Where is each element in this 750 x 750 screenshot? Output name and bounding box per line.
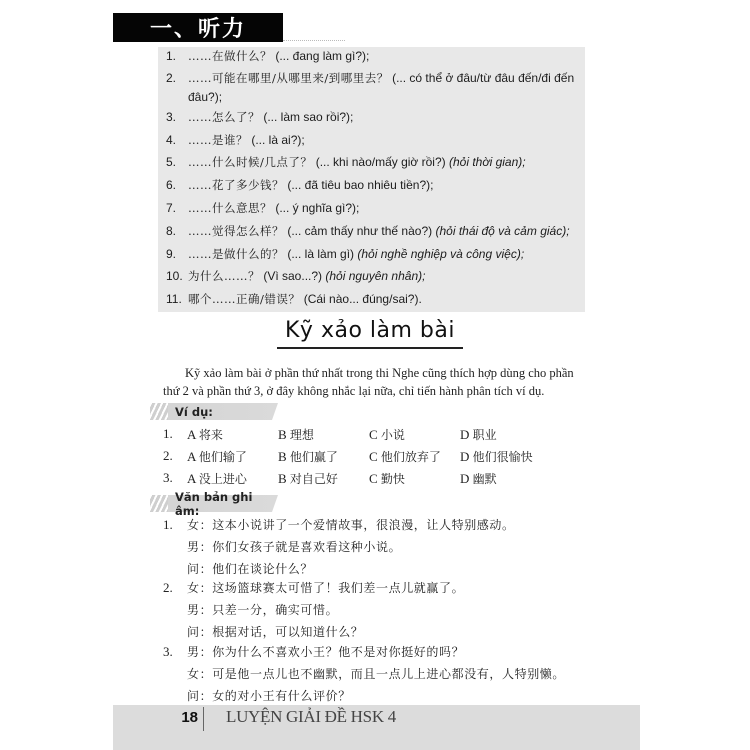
transcript-banner: Văn bản ghi âm: (150, 495, 278, 512)
pattern-item: 9. ……是做什么的？ (... là làm gì) (hỏi nghề ng… (166, 245, 576, 264)
example-banner: Ví dụ: (150, 403, 278, 420)
pattern-note: (hỏi thái độ và cảm giác); (435, 224, 569, 238)
item-number: 2. (163, 448, 187, 468)
pattern-item: 1. ……在做什么？ (... đang làm gì?); (166, 47, 576, 66)
pattern-vietnamese: (... ý nghĩa gì?); (275, 201, 359, 215)
pattern-note: (hỏi nguyên nhân); (325, 269, 425, 283)
pattern-vietnamese: (... đang làm gì?); (275, 49, 369, 63)
item-number: 3. (163, 641, 187, 663)
pattern-vietnamese: (Vì sao...?) (263, 269, 322, 283)
item-number: 4. (166, 131, 188, 150)
pattern-item: 3. ……怎么了？ (... làm sao rồi?); (166, 108, 576, 127)
dialogue: 1.女：这本小说讲了一个爱情故事，很浪漫，让人特别感动。 男：你们女孩子就是喜欢… (163, 514, 603, 580)
section-title: 一、听力 (150, 12, 246, 43)
option-b: B 他们赢了 (278, 448, 369, 468)
pattern-item: 6. ……花了多少钱？ (... đã tiêu bao nhiêu tiền?… (166, 176, 576, 195)
pattern-chinese: ……觉得怎么样？ (188, 224, 284, 238)
pattern-vietnamese: (Cái nào... đúng/sai?). (304, 292, 422, 306)
pattern-chinese: ……什么时候/几点了？ (188, 155, 312, 169)
dialogue-line: 女：可是他一点儿也不幽默，而且一点儿上进心都没有，人特别懒。 (187, 663, 565, 685)
pattern-vietnamese: (... đã tiêu bao nhiêu tiền?); (287, 178, 433, 192)
pattern-chinese: ……在做什么？ (188, 49, 272, 63)
item-number: 1. (166, 47, 188, 66)
item-number: 1. (163, 514, 187, 536)
page-number: 18 (176, 709, 198, 726)
item-number: 10. (166, 267, 188, 286)
pattern-chinese: ……什么意思？ (188, 201, 272, 215)
banner-stripes-decoration (150, 495, 168, 512)
book-title: LUYỆN GIẢI ĐỀ HSK 4 (226, 707, 396, 727)
item-number: 7. (166, 199, 188, 218)
section-header: 一、听力 (113, 13, 283, 42)
question-patterns-box: 1. ……在做什么？ (... đang làm gì?); 2. ……可能在哪… (158, 47, 585, 312)
dialogue-line: 女：这场篮球赛太可惜了！我们差一点儿就赢了。 (187, 577, 464, 599)
item-number: 3. (163, 470, 187, 490)
pattern-chinese: ……花了多少钱？ (188, 178, 284, 192)
dialogue: 2.女：这场篮球赛太可惜了！我们差一点儿就赢了。 男：只差一分，确实可惜。 问：… (163, 577, 603, 643)
pattern-vietnamese: (... là ai?); (251, 133, 304, 147)
item-number: 2. (166, 69, 188, 107)
pattern-chinese: 为什么……？ (188, 269, 260, 283)
pattern-item: 2. ……可能在哪里/从哪里来/到哪里去？ (... có thể ở đâu/… (166, 69, 576, 107)
item-number: 8. (166, 222, 188, 241)
pattern-item: 7. ……什么意思？ (... ý nghĩa gì?); (166, 199, 576, 218)
pattern-item: 4. ……是谁？ (... là ai?); (166, 131, 576, 150)
option-c: C 小说 (369, 426, 460, 446)
option-b: B 对自己好 (278, 470, 369, 490)
pattern-vietnamese: (... là làm gì) (287, 247, 354, 261)
pattern-chinese: ……怎么了？ (188, 110, 260, 124)
pattern-chinese: ……可能在哪里/从哪里来/到哪里去？ (188, 71, 389, 85)
example-label: Ví dụ: (175, 405, 213, 419)
banner-stripes-decoration (150, 403, 168, 420)
pattern-item: 11. 哪个……正确/错误？ (Cái nào... đúng/sai?). (166, 290, 576, 309)
pattern-vietnamese: (... làm sao rồi?); (263, 110, 353, 124)
option-a: A 将来 (187, 426, 278, 446)
option-a: A 没上进心 (187, 470, 278, 490)
pattern-note: (hỏi nghề nghiệp và công việc); (357, 247, 524, 261)
example-row: 1. A 将来 B 理想 C 小说 D 职业 (163, 426, 551, 446)
dialogue-question: 问：女的对小王有什么评价？ (187, 685, 351, 707)
option-a: A 他们输了 (187, 448, 278, 468)
item-number: 6. (166, 176, 188, 195)
banner-background (150, 403, 278, 420)
dialogue-line: 男：你们女孩子就是喜欢看这种小说。 (187, 536, 401, 558)
pattern-vietnamese: (... khi nào/mấy giờ rồi?) (316, 155, 446, 169)
option-c: C 勤快 (369, 470, 460, 490)
dialogue-question: 问：根据对话，可以知道什么？ (187, 621, 363, 643)
pattern-chinese: 哪个……正确/错误？ (188, 292, 300, 306)
pattern-note: (hỏi thời gian); (449, 155, 526, 169)
option-b: B 理想 (278, 426, 369, 446)
pattern-item: 8. ……觉得怎么样？ (... cảm thấy như thế nào?) … (166, 222, 576, 241)
example-row: 3. A 没上进心 B 对自己好 C 勤快 D 幽默 (163, 470, 551, 490)
dialogue-line: 女：这本小说讲了一个爱情故事，很浪漫，让人特别感动。 (187, 514, 515, 536)
page-footer: 18 LUYỆN GIẢI ĐỀ HSK 4 (113, 705, 640, 750)
item-number: 11. (166, 290, 188, 309)
pattern-chinese: ……是谁？ (188, 133, 248, 147)
option-d: D 他们很愉快 (460, 448, 551, 468)
pattern-chinese: ……是做什么的？ (188, 247, 284, 261)
item-number: 2. (163, 577, 187, 599)
dialogue: 3.男：你为什么不喜欢小王？他不是对你挺好的吗？ 女：可是他一点儿也不幽默，而且… (163, 641, 603, 707)
pattern-item: 10. 为什么……？ (Vì sao...?) (hỏi nguyên nhân… (166, 267, 576, 286)
option-d: D 幽默 (460, 470, 551, 490)
pattern-vietnamese: (... cảm thấy như thế nào?) (287, 224, 432, 238)
header-dotted-rule (283, 40, 345, 41)
dialogue-line: 男：你为什么不喜欢小王？他不是对你挺好的吗？ (187, 641, 464, 663)
footer-divider (203, 707, 204, 731)
option-d: D 职业 (460, 426, 551, 446)
skills-intro: Kỹ xảo làm bài ở phần thứ nhất trong thi… (163, 364, 593, 400)
item-number: 3. (166, 108, 188, 127)
example-row: 2. A 他们输了 B 他们赢了 C 他们放弃了 D 他们很愉快 (163, 448, 551, 468)
skills-title: Kỹ xảo làm bài (277, 318, 463, 349)
dialogue-line: 男：只差一分，确实可惜。 (187, 599, 338, 621)
option-c: C 他们放弃了 (369, 448, 460, 468)
pattern-item: 5. ……什么时候/几点了？ (... khi nào/mấy giờ rồi?… (166, 153, 576, 172)
item-number: 5. (166, 153, 188, 172)
item-number: 9. (166, 245, 188, 264)
item-number: 1. (163, 426, 187, 446)
